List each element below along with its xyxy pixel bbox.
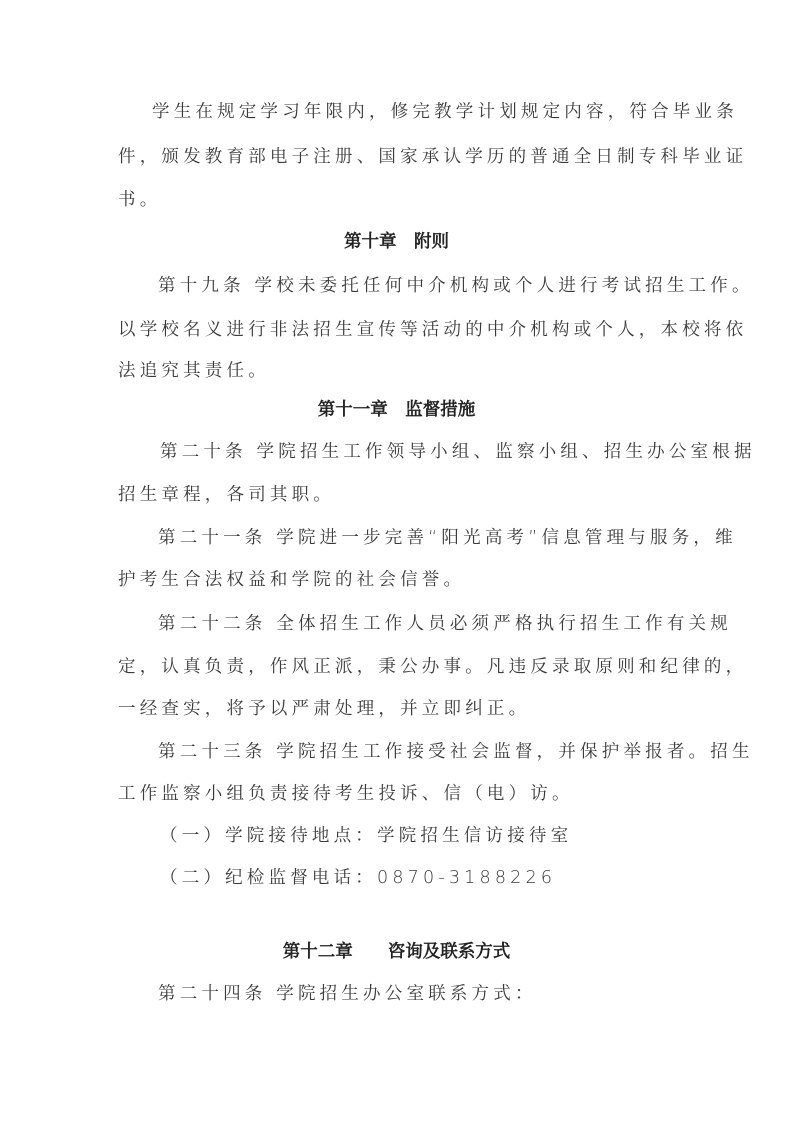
reception-location-item: （一）学院接待地点：学院招生信访接待室 [160, 824, 720, 848]
article-20-line-2: 招生章程，各司其职。 [118, 483, 678, 507]
chapter-12-title: 第十二章 咨询及联系方式 [0, 940, 793, 964]
article-21-line-1: 第二十一条 学院进一步完善“阳光高考”信息管理与服务，维 [158, 526, 718, 550]
article-21-line-2: 护考生合法权益和学院的社会信誉。 [118, 568, 678, 592]
chapter-10-title: 第十章 附则 [0, 230, 793, 254]
article-23-line-2: 工作监察小组负责接待考生投诉、信（电）访。 [118, 782, 678, 806]
article-19-line-1: 第十九条 学校未委托任何中介机构或个人进行考试招生工作。 [158, 274, 718, 298]
article-23-line-1: 第二十三条 学院招生工作接受社会监督，并保护举报者。招生 [158, 740, 718, 764]
article-19-line-3: 法追究其责任。 [118, 359, 678, 383]
paragraph-graduation-line-2: 件，颁发教育部电子注册、国家承认学历的普通全日制专科毕业证 [118, 145, 678, 169]
supervision-phone-item: （二）纪检监督电话：0870-3188226 [160, 866, 720, 890]
paragraph-graduation-line-3: 书。 [118, 188, 678, 212]
article-22-line-3: 一经查实，将予以严肃处理，并立即纠正。 [118, 697, 678, 721]
paragraph-graduation-line-1: 学生在规定学习年限内，修完教学计划规定内容，符合毕业条 [152, 100, 712, 124]
article-22-line-1: 第二十二条 全体招生工作人员必须严格执行招生工作有关规 [158, 612, 718, 636]
article-19-line-2: 以学校名义进行非法招生宣传等活动的中介机构或个人，本校将依 [118, 318, 678, 342]
article-22-line-2: 定，认真负责，作风正派，秉公办事。凡违反录取原则和纪律的， [118, 655, 678, 679]
article-24-line-1: 第二十四条 学院招生办公室联系方式： [158, 982, 718, 1006]
chapter-11-title: 第十一章 监督措施 [0, 398, 793, 422]
article-20-line-1: 第二十条 学院招生工作领导小组、监察小组、招生办公室根据 [160, 440, 720, 464]
